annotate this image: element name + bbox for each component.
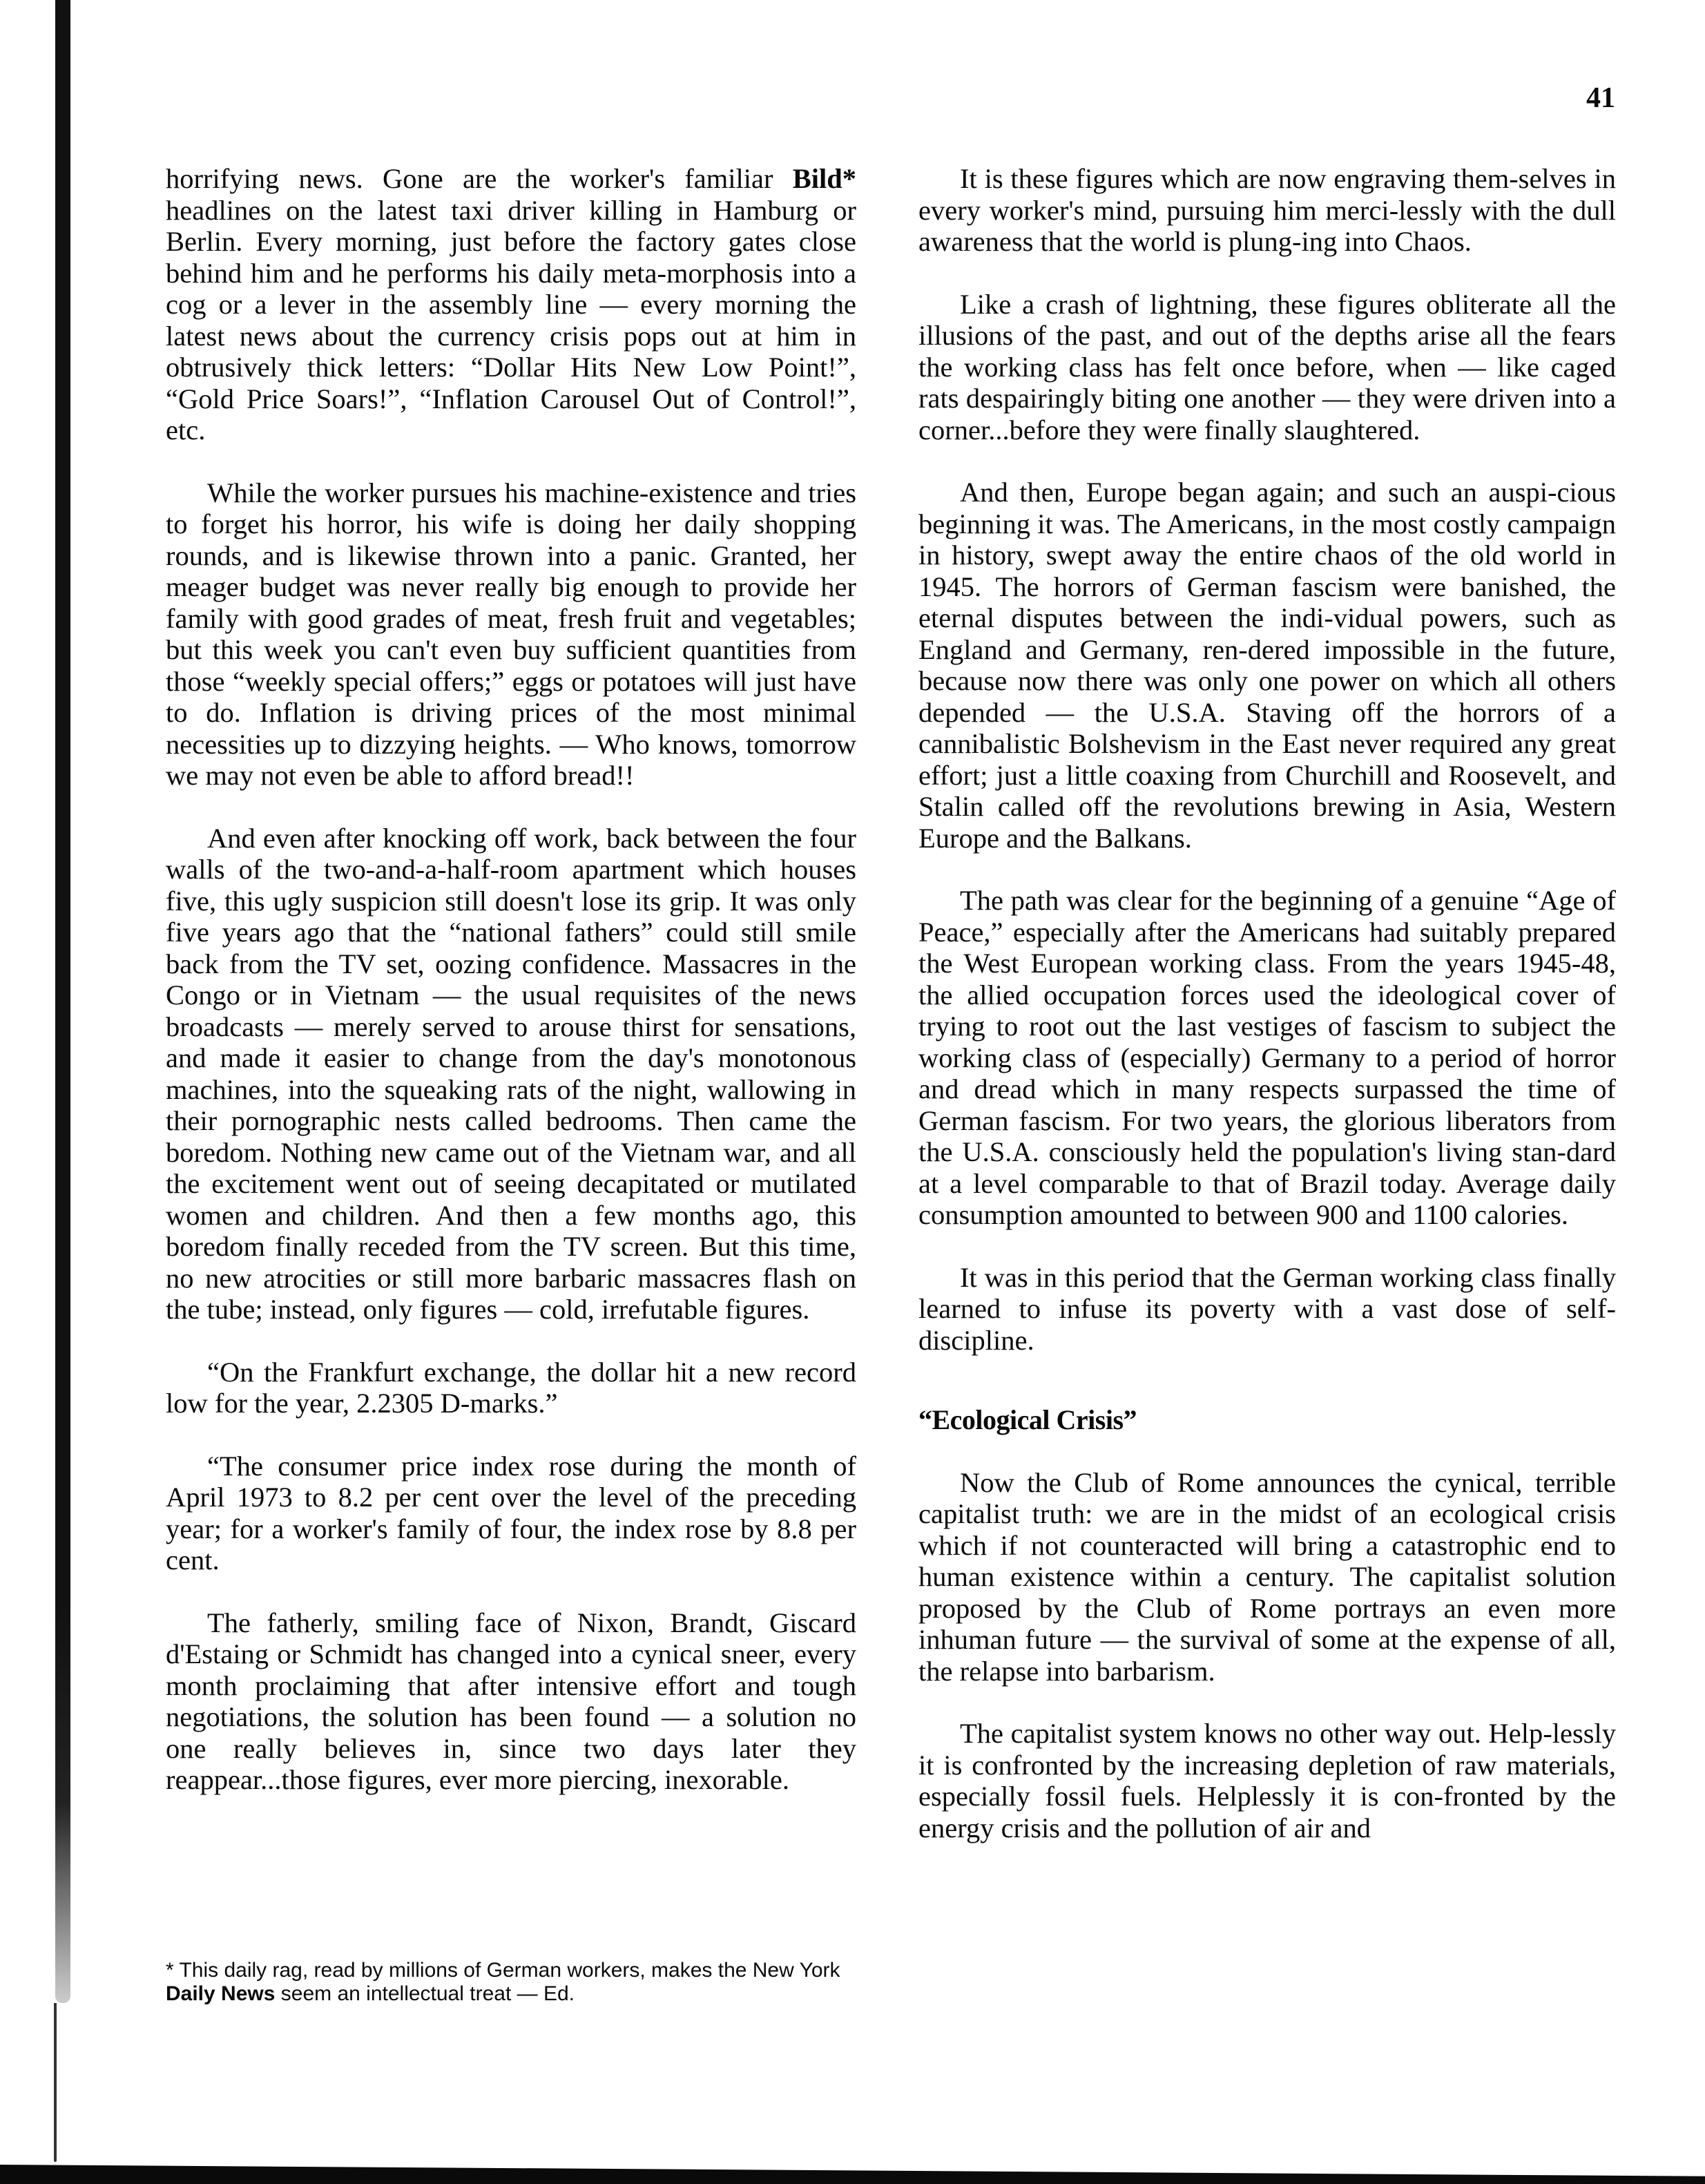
paragraph: And then, Europe began again; and such a… (918, 477, 1616, 854)
footnote-text: * This daily rag, read by millions of Ge… (166, 1959, 840, 1982)
paragraph: The capitalist system knows no other way… (918, 1718, 1616, 1843)
quote-paragraph: “On the Frankfurt exchange, the dollar h… (166, 1357, 856, 1419)
bild-reference: Bild* (793, 163, 856, 194)
quote-paragraph: “The consumer price index rose during th… (166, 1450, 856, 1576)
footnote: * This daily rag, read by millions of Ge… (166, 1959, 870, 2006)
left-column: horrifying news. Gone are the worker's f… (166, 163, 856, 1827)
paragraph: horrifying news. Gone are the worker's f… (166, 163, 856, 446)
page-number: 41 (1586, 82, 1615, 115)
paragraph-text: headlines on the latest taxi driver kill… (166, 195, 856, 446)
daily-news-reference: Daily News (166, 1982, 275, 2005)
footnote-text: seem an intellectual treat — Ed. (275, 1982, 575, 2005)
paragraph-text: horrifying news. Gone are the worker's f… (166, 163, 793, 194)
paragraph: Now the Club of Rome announces the cynic… (918, 1467, 1616, 1687)
scan-bottom-edge (0, 2165, 1705, 2184)
right-column: It is these figures which are now engrav… (918, 163, 1616, 1875)
paragraph: And even after knocking off work, back b… (166, 823, 856, 1325)
scan-binding-shadow (55, 0, 70, 2003)
paragraph: The path was clear for the beginning of … (918, 885, 1616, 1231)
paragraph: Like a crash of lightning, these figures… (918, 289, 1616, 446)
scan-binding-shadow-tail (54, 2003, 57, 2162)
paragraph: The fatherly, smiling face of Nixon, Bra… (166, 1607, 856, 1796)
paragraph: It is these figures which are now engrav… (918, 163, 1616, 258)
paragraph: It was in this period that the German wo… (918, 1262, 1616, 1357)
paragraph: While the worker pursues his machine-exi… (166, 477, 856, 792)
section-heading: “Ecological Crisis” (918, 1404, 1616, 1436)
